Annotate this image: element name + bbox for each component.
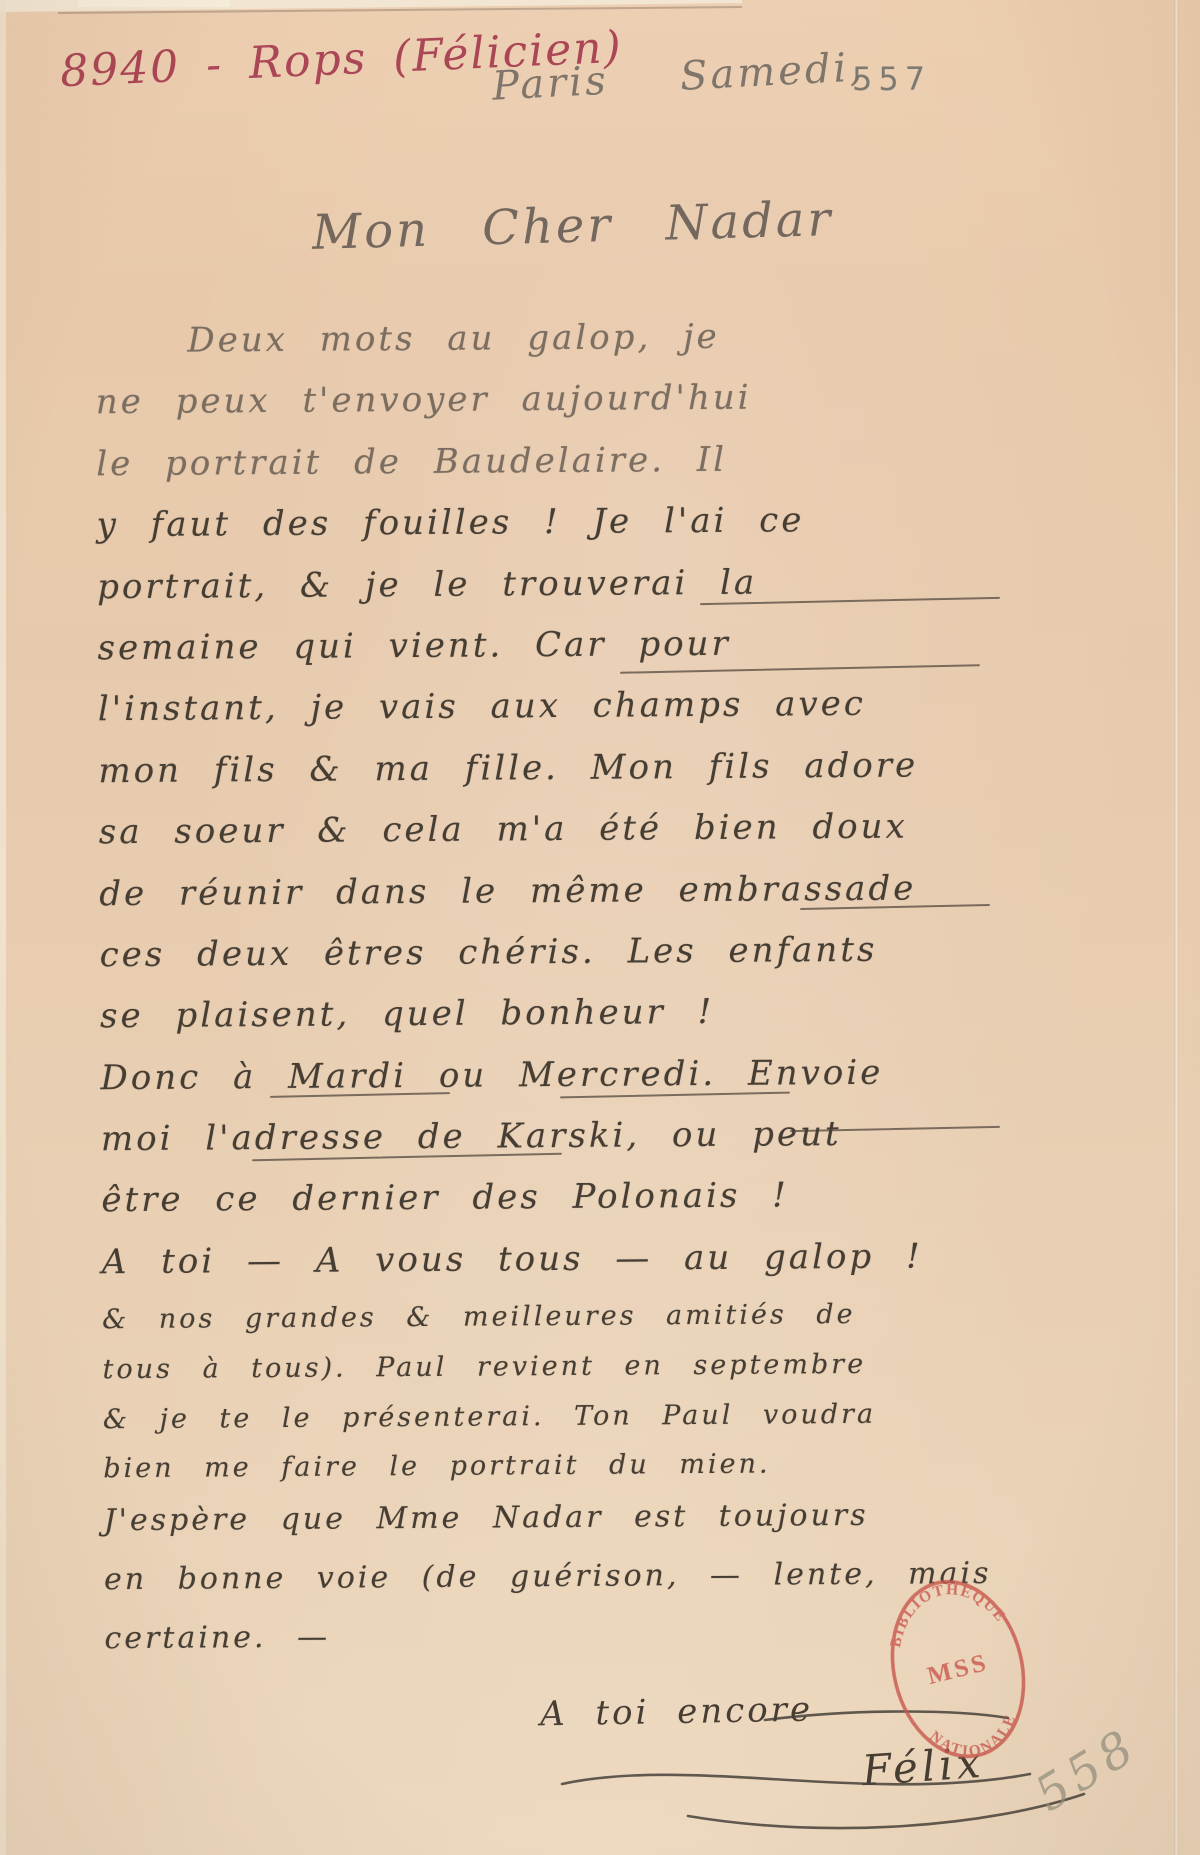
letter-line: tous à tous). Paul revient en septembre <box>102 1349 1022 1385</box>
scan-top-notch <box>78 0 230 7</box>
letter-line: J'espère que Mme Nadar est toujours <box>104 1498 1024 1537</box>
letter-line: y faut des fouilles ! Je l'ai ce <box>97 501 1017 545</box>
letter-line: & je te le présenterai. Ton Paul voudra <box>103 1398 1023 1434</box>
scan-left-edge <box>0 0 6 1855</box>
letter-line: Donc à Mardi ou Mercredi. Envoie <box>100 1053 1020 1097</box>
letter-line: l'instant, je vais aux champs avec <box>98 685 1018 729</box>
letter-line: semaine qui vient. Car pour <box>97 624 1017 668</box>
letter-body: Deux mots au galop, je ne peux t'envoyer… <box>95 317 1024 1681</box>
letter-line: & nos grandes & meilleures amitiés de <box>102 1299 1022 1335</box>
stamp-text-bottom: NATIONALE <box>924 1708 1027 1771</box>
letter-line: sa soeur & cela m'a été bien doux <box>99 808 1019 852</box>
letter-line: mon fils & ma fille. Mon fils adore <box>98 747 1018 791</box>
letter-line: bien me faire le portrait du mien. <box>103 1448 1023 1484</box>
letter-line: A toi — A vous tous — au galop ! <box>102 1238 1022 1282</box>
letter-line: ne peux t'envoyer aujourd'hui <box>96 378 1016 422</box>
svg-text:NATIONALE: NATIONALE <box>924 1708 1027 1771</box>
folio-number-top: 557 <box>852 60 931 98</box>
letter-line: ces deux êtres chéris. Les enfants <box>100 931 1020 975</box>
letter-line: se plaisent, quel bonheur ! <box>100 992 1020 1036</box>
letter-line: être ce dernier des Polonais ! <box>101 1176 1021 1220</box>
salutation: Mon Cher Nadar <box>311 191 834 261</box>
letter-line: Deux mots au galop, je <box>187 317 1015 360</box>
paper-crease <box>1174 0 1179 1855</box>
stamp-text-center: MSS <box>924 1647 991 1690</box>
letter-line: le portrait de Baudelaire. Il <box>96 440 1016 484</box>
letter-scan-background: 8940 - Rops (Félicien) Paris Samedi, 557… <box>0 0 1200 1855</box>
